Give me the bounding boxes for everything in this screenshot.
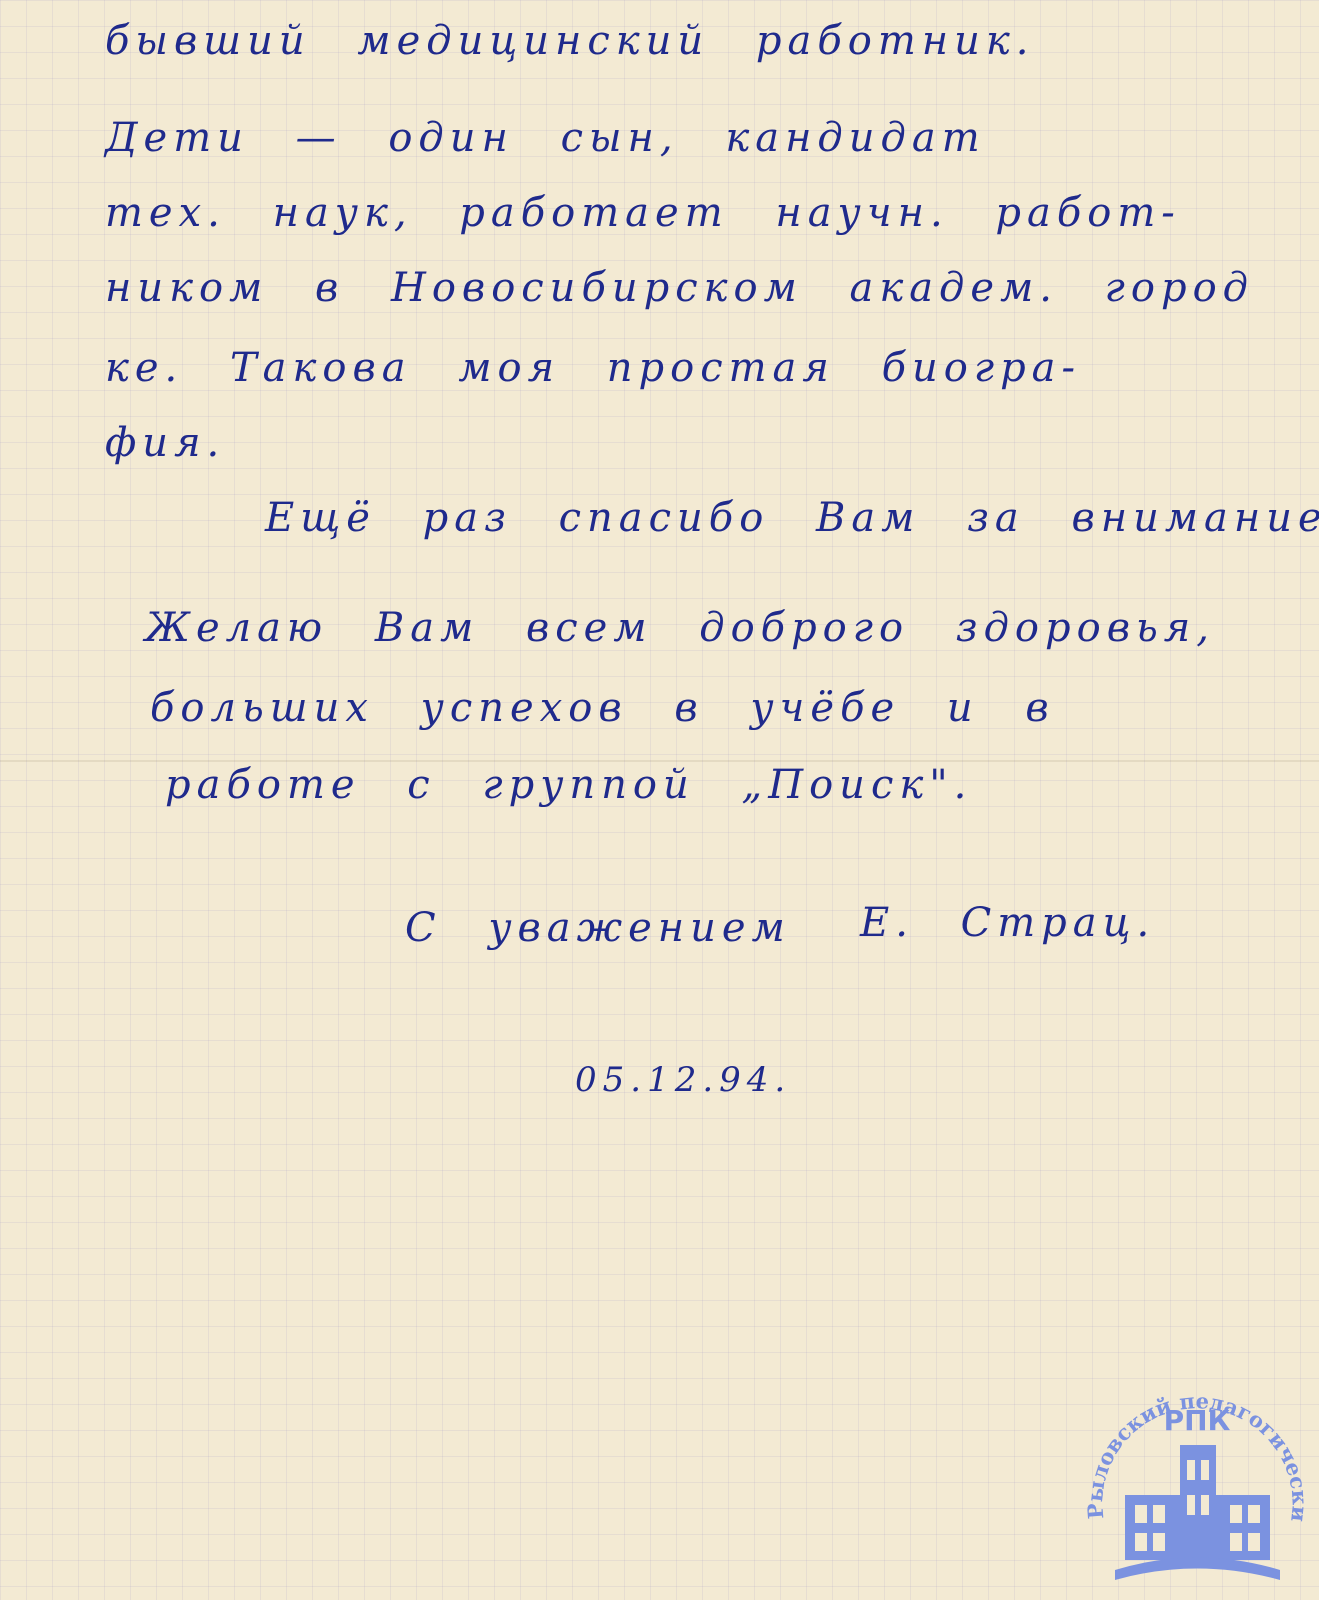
letter-line-1: бывший медицинский работник. — [105, 18, 1035, 64]
letter-line-10: работе с группой „Поиск". — [165, 762, 972, 808]
letter-line-9: больших успехов в учёбе и в — [150, 685, 1055, 731]
letter-date: 05.12.94. — [575, 1060, 791, 1100]
letter-line-6: фия. — [105, 420, 225, 466]
signature: Е. Страц. — [860, 900, 1155, 946]
letter-line-3: тех. наук, работает научн. работ- — [105, 190, 1181, 236]
closing-text: С уважением — [405, 905, 791, 951]
letter-line-8: Желаю Вам всем доброго здоровья, — [145, 605, 1215, 651]
stamp-abbreviation: РПК — [1164, 1404, 1231, 1437]
stamp-emblem-icon: Рыловский педагогический колледж РПК — [1085, 1345, 1310, 1595]
letter-line-2: Дети — один сын, кандидат — [105, 115, 986, 161]
letter-line-5: ке. Такова моя простая биогра- — [105, 345, 1081, 391]
letter-line-4: ником в Новосибирском академ. город — [105, 265, 1254, 311]
college-stamp: Рыловский педагогический колледж РПК — [1085, 1345, 1310, 1595]
letter-line-7: Ещё раз спасибо Вам за внимание. — [265, 495, 1319, 541]
